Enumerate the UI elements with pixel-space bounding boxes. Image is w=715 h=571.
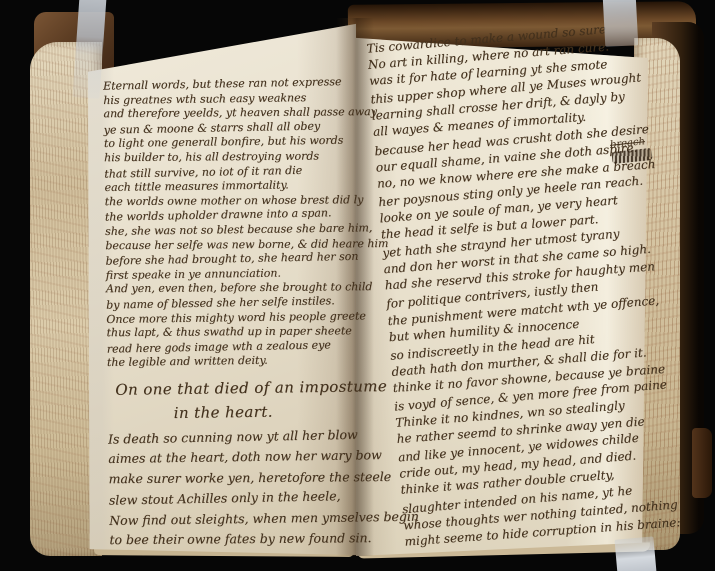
left-page-poem: Is death so cunning now yt all her blowa…	[108, 425, 362, 552]
poem-heading: On one that died of an impostume in the …	[115, 374, 360, 425]
restraint-strap-top-right	[603, 0, 639, 47]
restraint-strap-bottom-right	[615, 536, 657, 571]
manuscript-line: aimes at the heart, doth now her wary bo…	[108, 446, 360, 470]
right-page-text: Tis cowardice to make a wound so sureNo …	[366, 18, 689, 551]
left-page-verse: Eternall words, but these ran not expres…	[103, 75, 359, 370]
manuscript-line: to bee their owne fates by new found sin…	[109, 529, 361, 551]
poem-heading-line: in the heart.	[174, 398, 360, 425]
poem-heading-line: On one that died of an impostume	[115, 374, 359, 401]
left-page-text: Eternall words, but these ran not expres…	[103, 75, 362, 551]
book-clasp	[692, 428, 712, 498]
manuscript-photo: Eternall words, but these ran not expres…	[0, 0, 715, 571]
